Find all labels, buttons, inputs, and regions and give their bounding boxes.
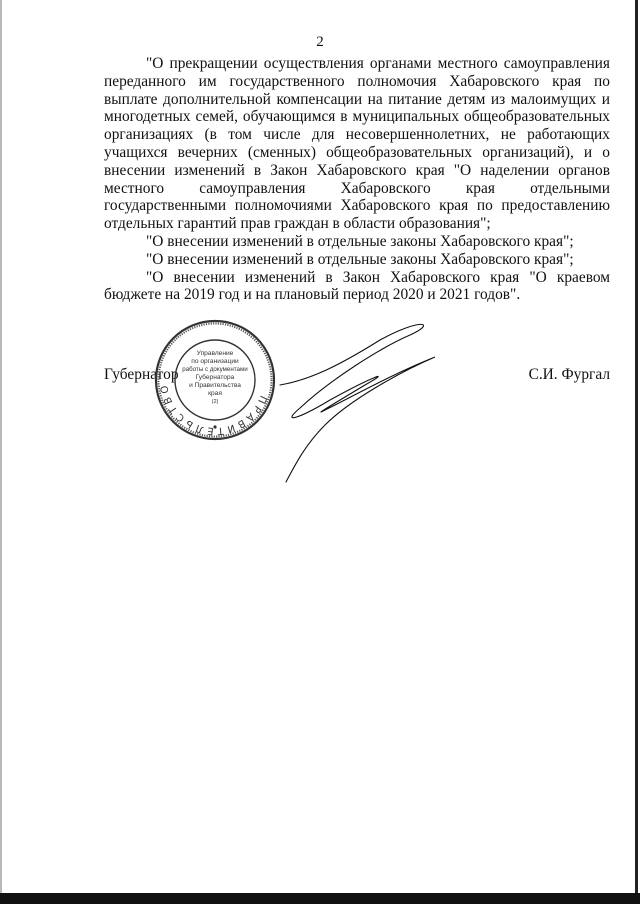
signatory-name: С.И. Фургал	[529, 366, 610, 384]
seal-inner-line-6: края	[208, 390, 222, 397]
scan-left-edge	[0, 0, 2, 893]
paragraph-law-title-2: "О внесении изменений в отдельные законы…	[104, 233, 610, 251]
seal-inner-line-7: (2)	[212, 399, 219, 405]
page-number: 2	[0, 33, 640, 51]
seal-inner-line-4: Губернатора	[196, 373, 235, 381]
seal-inner-line-1: Управление	[197, 350, 234, 357]
paragraph-law-title-4: "О внесении изменений в Закон Хабаровско…	[104, 269, 610, 305]
seal-inner-line-2: по организации	[191, 358, 239, 365]
document-body: "О прекращении осуществления органами ме…	[104, 55, 610, 304]
seal-inner-line-3: работы с документами	[182, 366, 248, 373]
scan-right-edge	[635, 0, 638, 893]
handwritten-signature-icon	[270, 310, 450, 490]
paragraph-law-title-1: "О прекращении осуществления органами ме…	[104, 55, 610, 233]
scan-bottom-bar	[0, 893, 640, 904]
official-seal-icon: ПРАВИТЕЛЬСТВО ХАБАРОВСКОГО КРАЯ Управлен…	[153, 319, 277, 441]
paragraph-law-title-3: "О внесении изменений в отдельные законы…	[104, 251, 610, 269]
seal-inner-line-5: и Правительства	[189, 382, 241, 389]
